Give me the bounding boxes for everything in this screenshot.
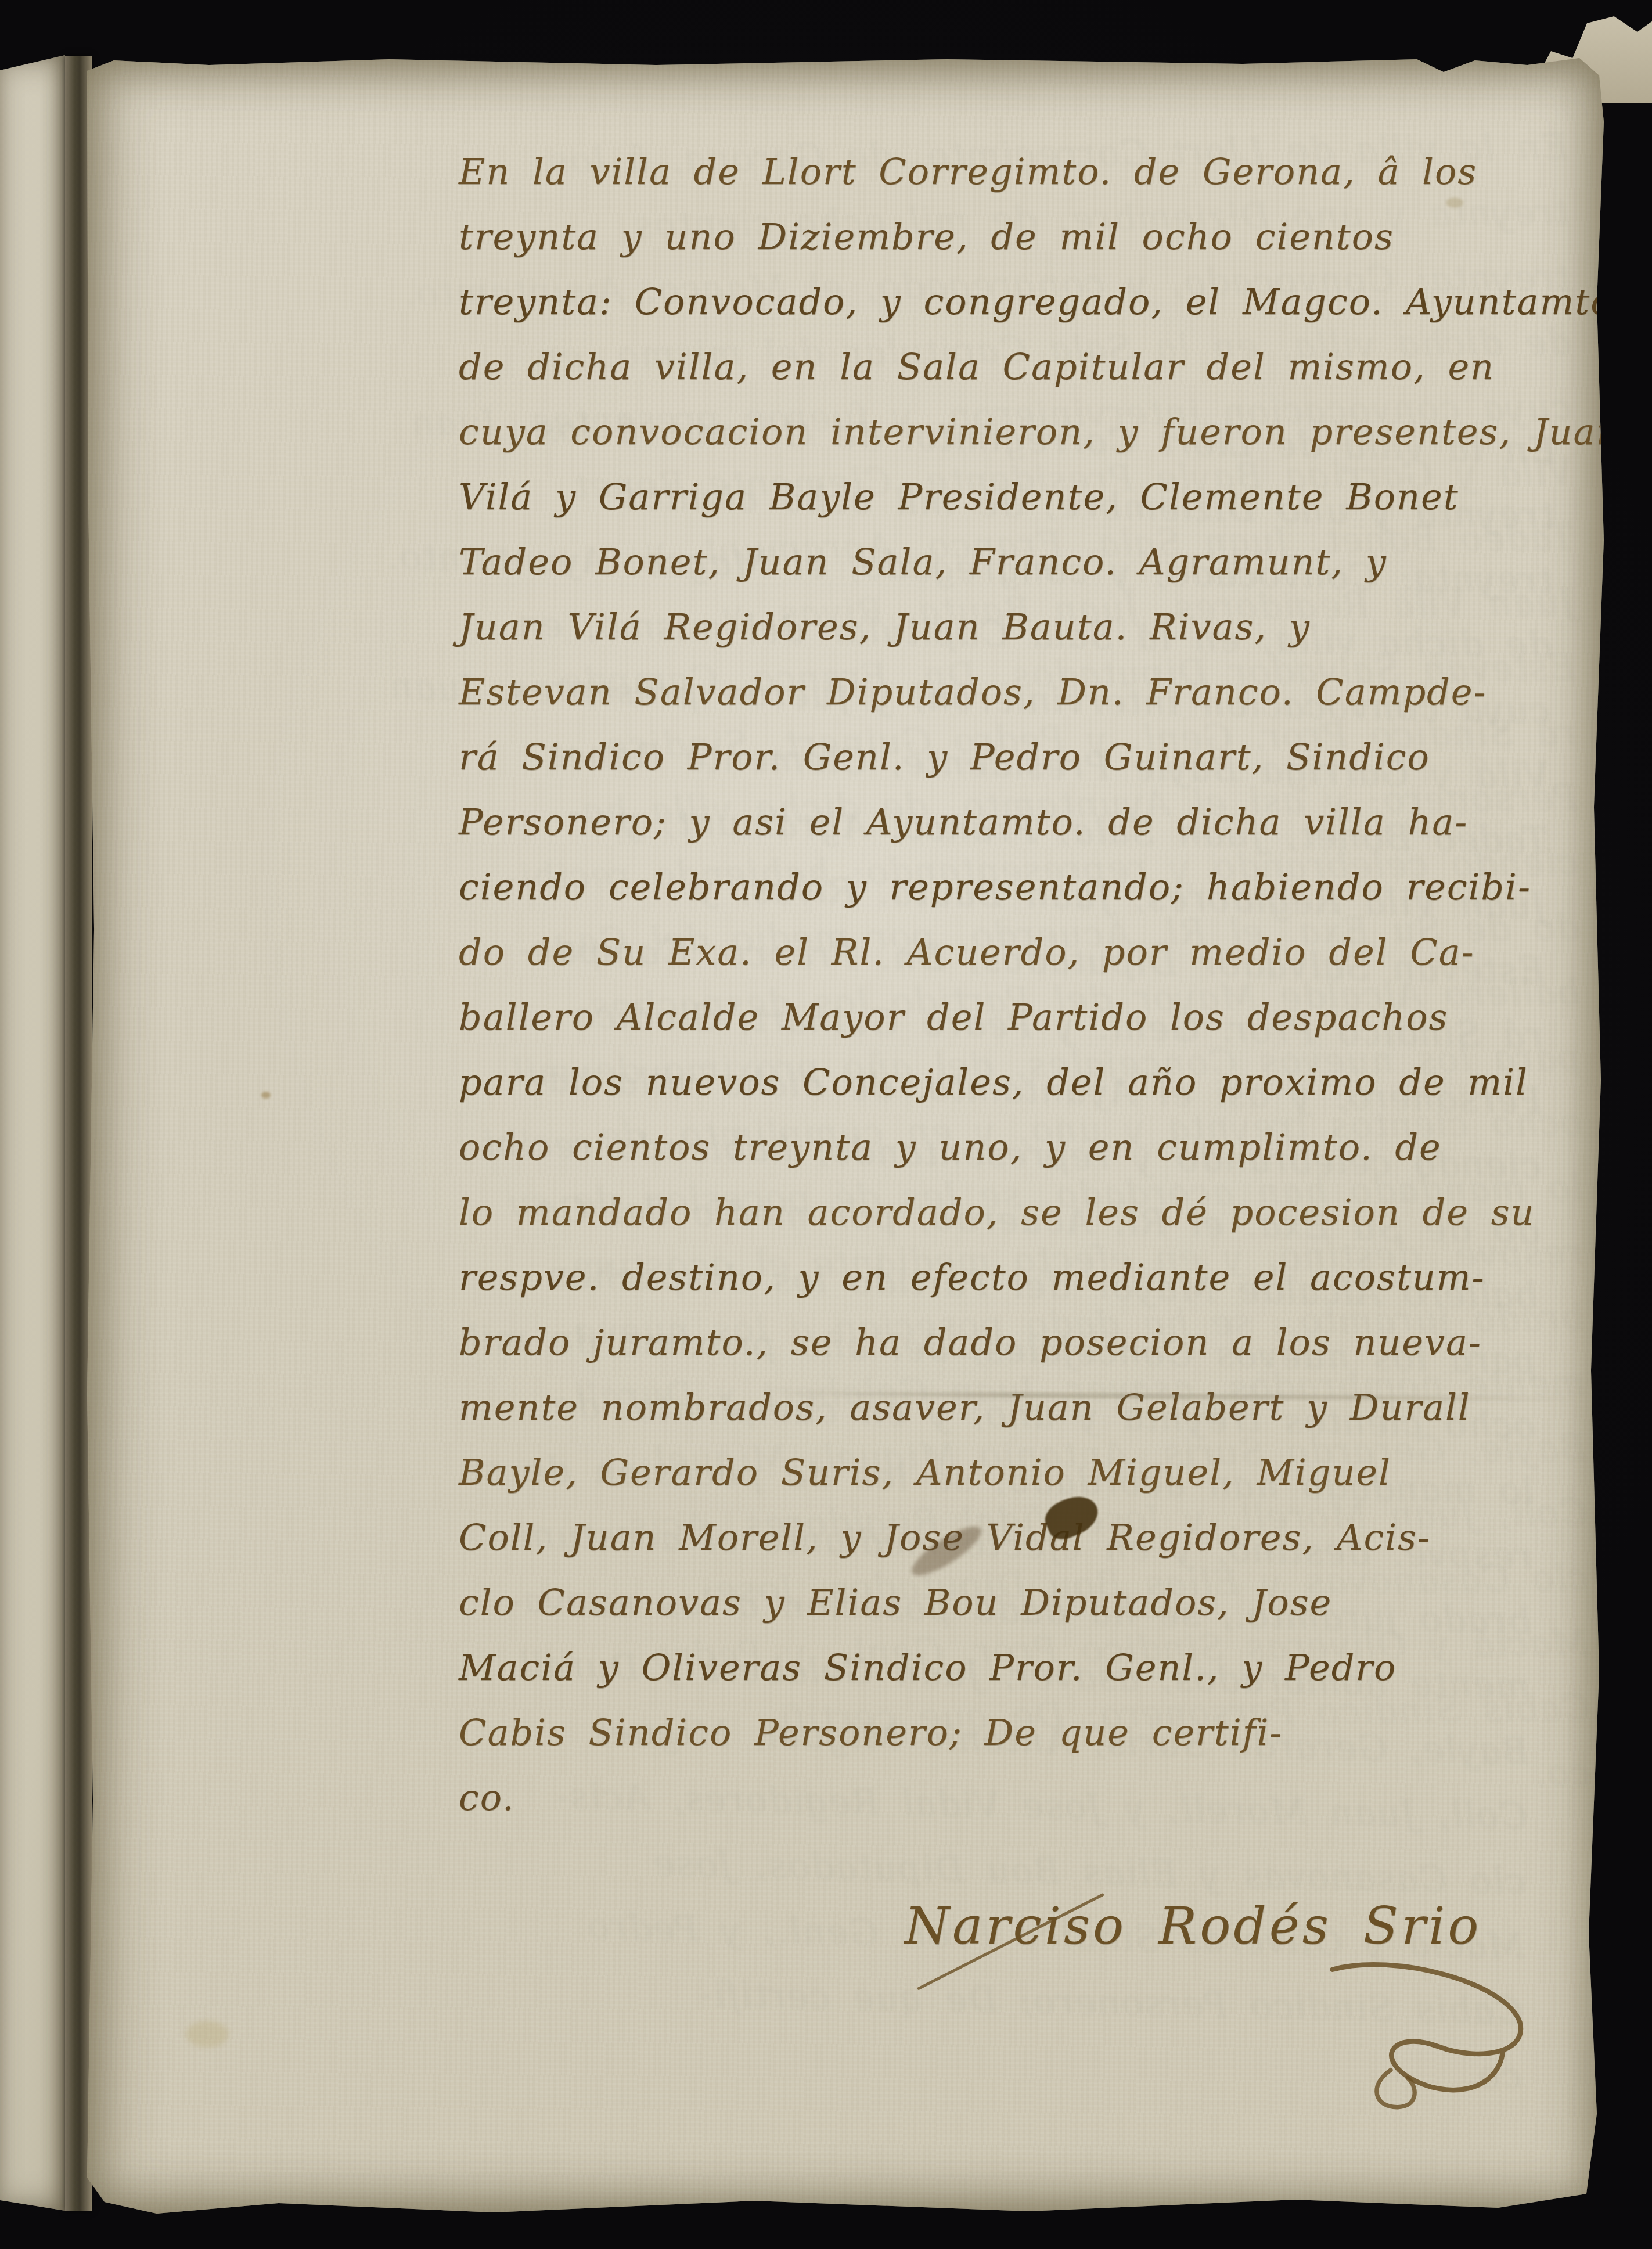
manuscript-line: Tadeo Bonet, Juan Sala, Franco. Agramunt…: [459, 530, 1562, 595]
manuscript-line: respve. destino, y en efecto mediante el…: [459, 1245, 1562, 1310]
scan-background: En la villa de Llort Corregimto. de Gero…: [0, 0, 1652, 2249]
manuscript-line: do de Su Exa. el Rl. Acuerdo, por medio …: [459, 920, 1562, 985]
manuscript-line: treynta y uno Diziembre, de mil ocho cie…: [459, 204, 1562, 269]
manuscript-line: Estevan Salvador Diputados, Dn. Franco. …: [459, 660, 1562, 725]
manuscript-line: brado juramto., se ha dado posecion a lo…: [459, 1310, 1562, 1375]
manuscript-line: Juan Vilá Regidores, Juan Bauta. Rivas, …: [459, 595, 1562, 660]
manuscript-text-block: En la villa de Llort Corregimto. de Gero…: [459, 139, 1562, 1830]
manuscript-page: En la villa de Llort Corregimto. de Gero…: [87, 58, 1604, 2215]
paper-stain: [261, 1092, 271, 1099]
signature-rubric-icon: [1287, 1921, 1547, 2161]
manuscript-line: Personero; y asi el Ayuntamto. de dicha …: [459, 790, 1562, 855]
manuscript-line: cuya convocacion intervinieron, y fueron…: [459, 400, 1562, 465]
manuscript-line: Vilá y Garriga Bayle Presidente, Clement…: [459, 465, 1562, 530]
manuscript-line: ballero Alcalde Mayor del Partido los de…: [459, 985, 1562, 1050]
paper-stain: [1446, 197, 1463, 208]
manuscript-line: rá Sindico Pror. Genl. y Pedro Guinart, …: [459, 725, 1562, 790]
manuscript-line: ocho cientos treynta y uno, y en cumplim…: [459, 1115, 1562, 1180]
manuscript-line: clo Casanovas y Elias Bou Diputados, Jos…: [459, 1570, 1562, 1635]
manuscript-line: Cabis Sindico Personero; De que certifi-: [459, 1700, 1562, 1765]
manuscript-line: En la villa de Llort Corregimto. de Gero…: [459, 139, 1562, 204]
manuscript-line: treynta: Convocado, y congregado, el Mag…: [459, 269, 1562, 334]
facing-page-edge: [0, 55, 65, 2211]
manuscript-line: Maciá y Oliveras Sindico Pror. Genl., y …: [459, 1635, 1562, 1700]
binding-gutter: [65, 56, 92, 2211]
manuscript-line: de dicha villa, en la Sala Capitular del…: [459, 334, 1562, 400]
manuscript-line: mente nombrados, asaver, Juan Gelabert y…: [459, 1375, 1562, 1440]
manuscript-line: Coll, Juan Morell, y Jose Vidal Regidore…: [459, 1505, 1562, 1570]
manuscript-line: para los nuevos Concejales, del año prox…: [459, 1050, 1562, 1115]
manuscript-line: lo mandado han acordado, se les dé poces…: [459, 1180, 1562, 1245]
manuscript-line: Bayle, Gerardo Suris, Antonio Miguel, Mi…: [459, 1440, 1562, 1505]
manuscript-line: co.: [459, 1765, 1562, 1830]
paper-stain: [186, 2021, 229, 2048]
manuscript-line: ciendo celebrando y representando; habie…: [459, 855, 1562, 920]
